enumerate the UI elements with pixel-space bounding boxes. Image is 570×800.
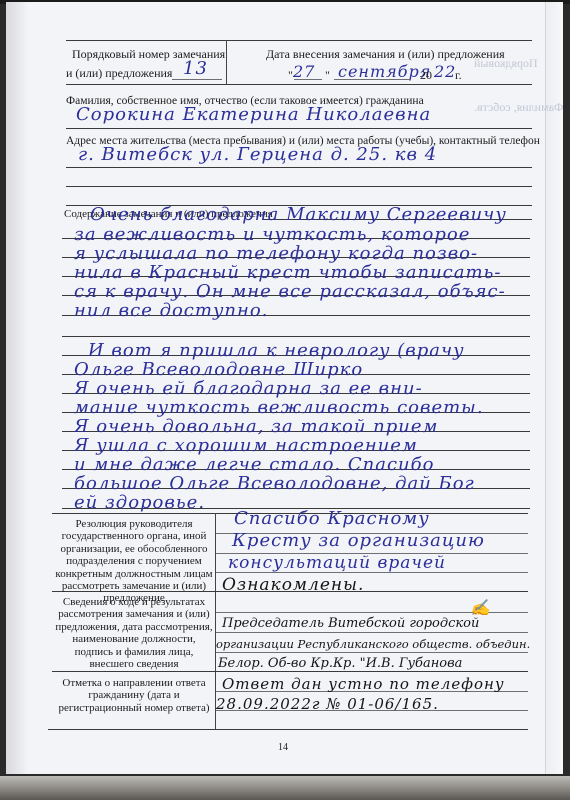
date-year-prefix: 20 bbox=[420, 68, 432, 82]
column-divider bbox=[226, 40, 227, 84]
rule bbox=[48, 729, 528, 730]
rule bbox=[66, 84, 532, 85]
results-label: Сведения о ходе и результатах рассмотрен… bbox=[54, 596, 214, 670]
resolution-line[interactable]: консультаций врачей bbox=[228, 553, 446, 573]
content-line[interactable]: ей здоровье. bbox=[74, 492, 205, 513]
facing-page-edge bbox=[545, 2, 563, 774]
content-line[interactable]: Я ушла с хорошим настроением bbox=[74, 435, 418, 456]
content-line[interactable]: И вот я пришла к неврологу (врачу bbox=[88, 340, 465, 361]
rule bbox=[62, 336, 530, 337]
response-line[interactable]: 28.09.2022г № 01-06/165. bbox=[216, 695, 439, 713]
content-line[interactable]: и мне даже легче стало. Спасибо bbox=[74, 454, 434, 475]
rule bbox=[66, 167, 532, 168]
content-line[interactable]: ся к врачу. Он мне все рассказал, объяс- bbox=[74, 281, 506, 302]
signature-mark: ✍ bbox=[470, 598, 490, 617]
resolution-line[interactable]: Спасибо Красному bbox=[234, 508, 430, 529]
resolution-label: Резолюция руководителя государственного … bbox=[54, 518, 214, 605]
scan-bottom-edge bbox=[0, 776, 570, 800]
content-line[interactable]: нил все доступно. bbox=[74, 300, 268, 321]
quote-close: " bbox=[325, 68, 330, 82]
resolution-line[interactable]: Кресту за организацию bbox=[232, 530, 485, 551]
results-line[interactable]: организации Республиканского обществ. об… bbox=[216, 637, 530, 651]
number-value[interactable]: 13 bbox=[183, 58, 208, 79]
number-underline bbox=[172, 79, 222, 80]
address-value[interactable]: г. Витебск ул. Герцена д. 25. кв 4 bbox=[78, 144, 437, 165]
date-label: Дата внесения замечания и (или) предложе… bbox=[266, 47, 505, 61]
row-divider bbox=[52, 671, 216, 672]
row-divider bbox=[216, 671, 528, 672]
month-underline bbox=[334, 79, 410, 80]
results-line[interactable]: Белор. Об-во Кр.Кр. "И.В. Губанова bbox=[218, 656, 462, 671]
content-line[interactable]: я услышала по телефону когда позво- bbox=[74, 243, 478, 264]
content-line[interactable]: Я очень ей благодарна за ее вни- bbox=[74, 378, 423, 399]
rule bbox=[216, 632, 528, 633]
rule bbox=[66, 186, 532, 187]
name-value[interactable]: Сорокина Екатерина Николаевна bbox=[76, 104, 431, 125]
resolution-line[interactable]: Ознакомлены. bbox=[222, 575, 364, 595]
content-line[interactable]: мание чуткость вежливость советы. bbox=[74, 397, 484, 418]
content-line[interactable]: Ольге Всеволодовне Ширко bbox=[74, 359, 363, 380]
response-line[interactable]: Ответ дан устно по телефону bbox=[222, 675, 505, 693]
response-label: Отметка о направлении ответа гражданину … bbox=[54, 677, 214, 714]
results-line[interactable]: Председатель Витебской городской bbox=[222, 616, 479, 631]
date-year-unit: г. bbox=[455, 68, 462, 82]
content-line[interactable]: нила в Красный крест чтобы записать- bbox=[74, 262, 501, 283]
content-line[interactable]: Очень благодарна Максиму Сергеевичу bbox=[90, 204, 507, 225]
number-label-line2: и (или) предложения bbox=[66, 66, 172, 80]
bleed-through-text: Фамилия, собств. bbox=[474, 100, 563, 115]
rule bbox=[66, 40, 532, 41]
content-line[interactable]: за вежливость и чуткость, которое bbox=[74, 224, 470, 245]
page-gutter bbox=[6, 2, 28, 774]
rule bbox=[66, 128, 532, 129]
content-line[interactable]: большое Ольге Всеволодовне, дай Бог bbox=[74, 473, 475, 494]
content-line[interactable]: Я очень довольна, за такой прием bbox=[74, 416, 438, 437]
rule bbox=[216, 652, 528, 653]
day-underline bbox=[294, 79, 322, 80]
date-year-suffix[interactable]: 22 bbox=[434, 62, 456, 81]
page-number: 14 bbox=[278, 742, 288, 753]
